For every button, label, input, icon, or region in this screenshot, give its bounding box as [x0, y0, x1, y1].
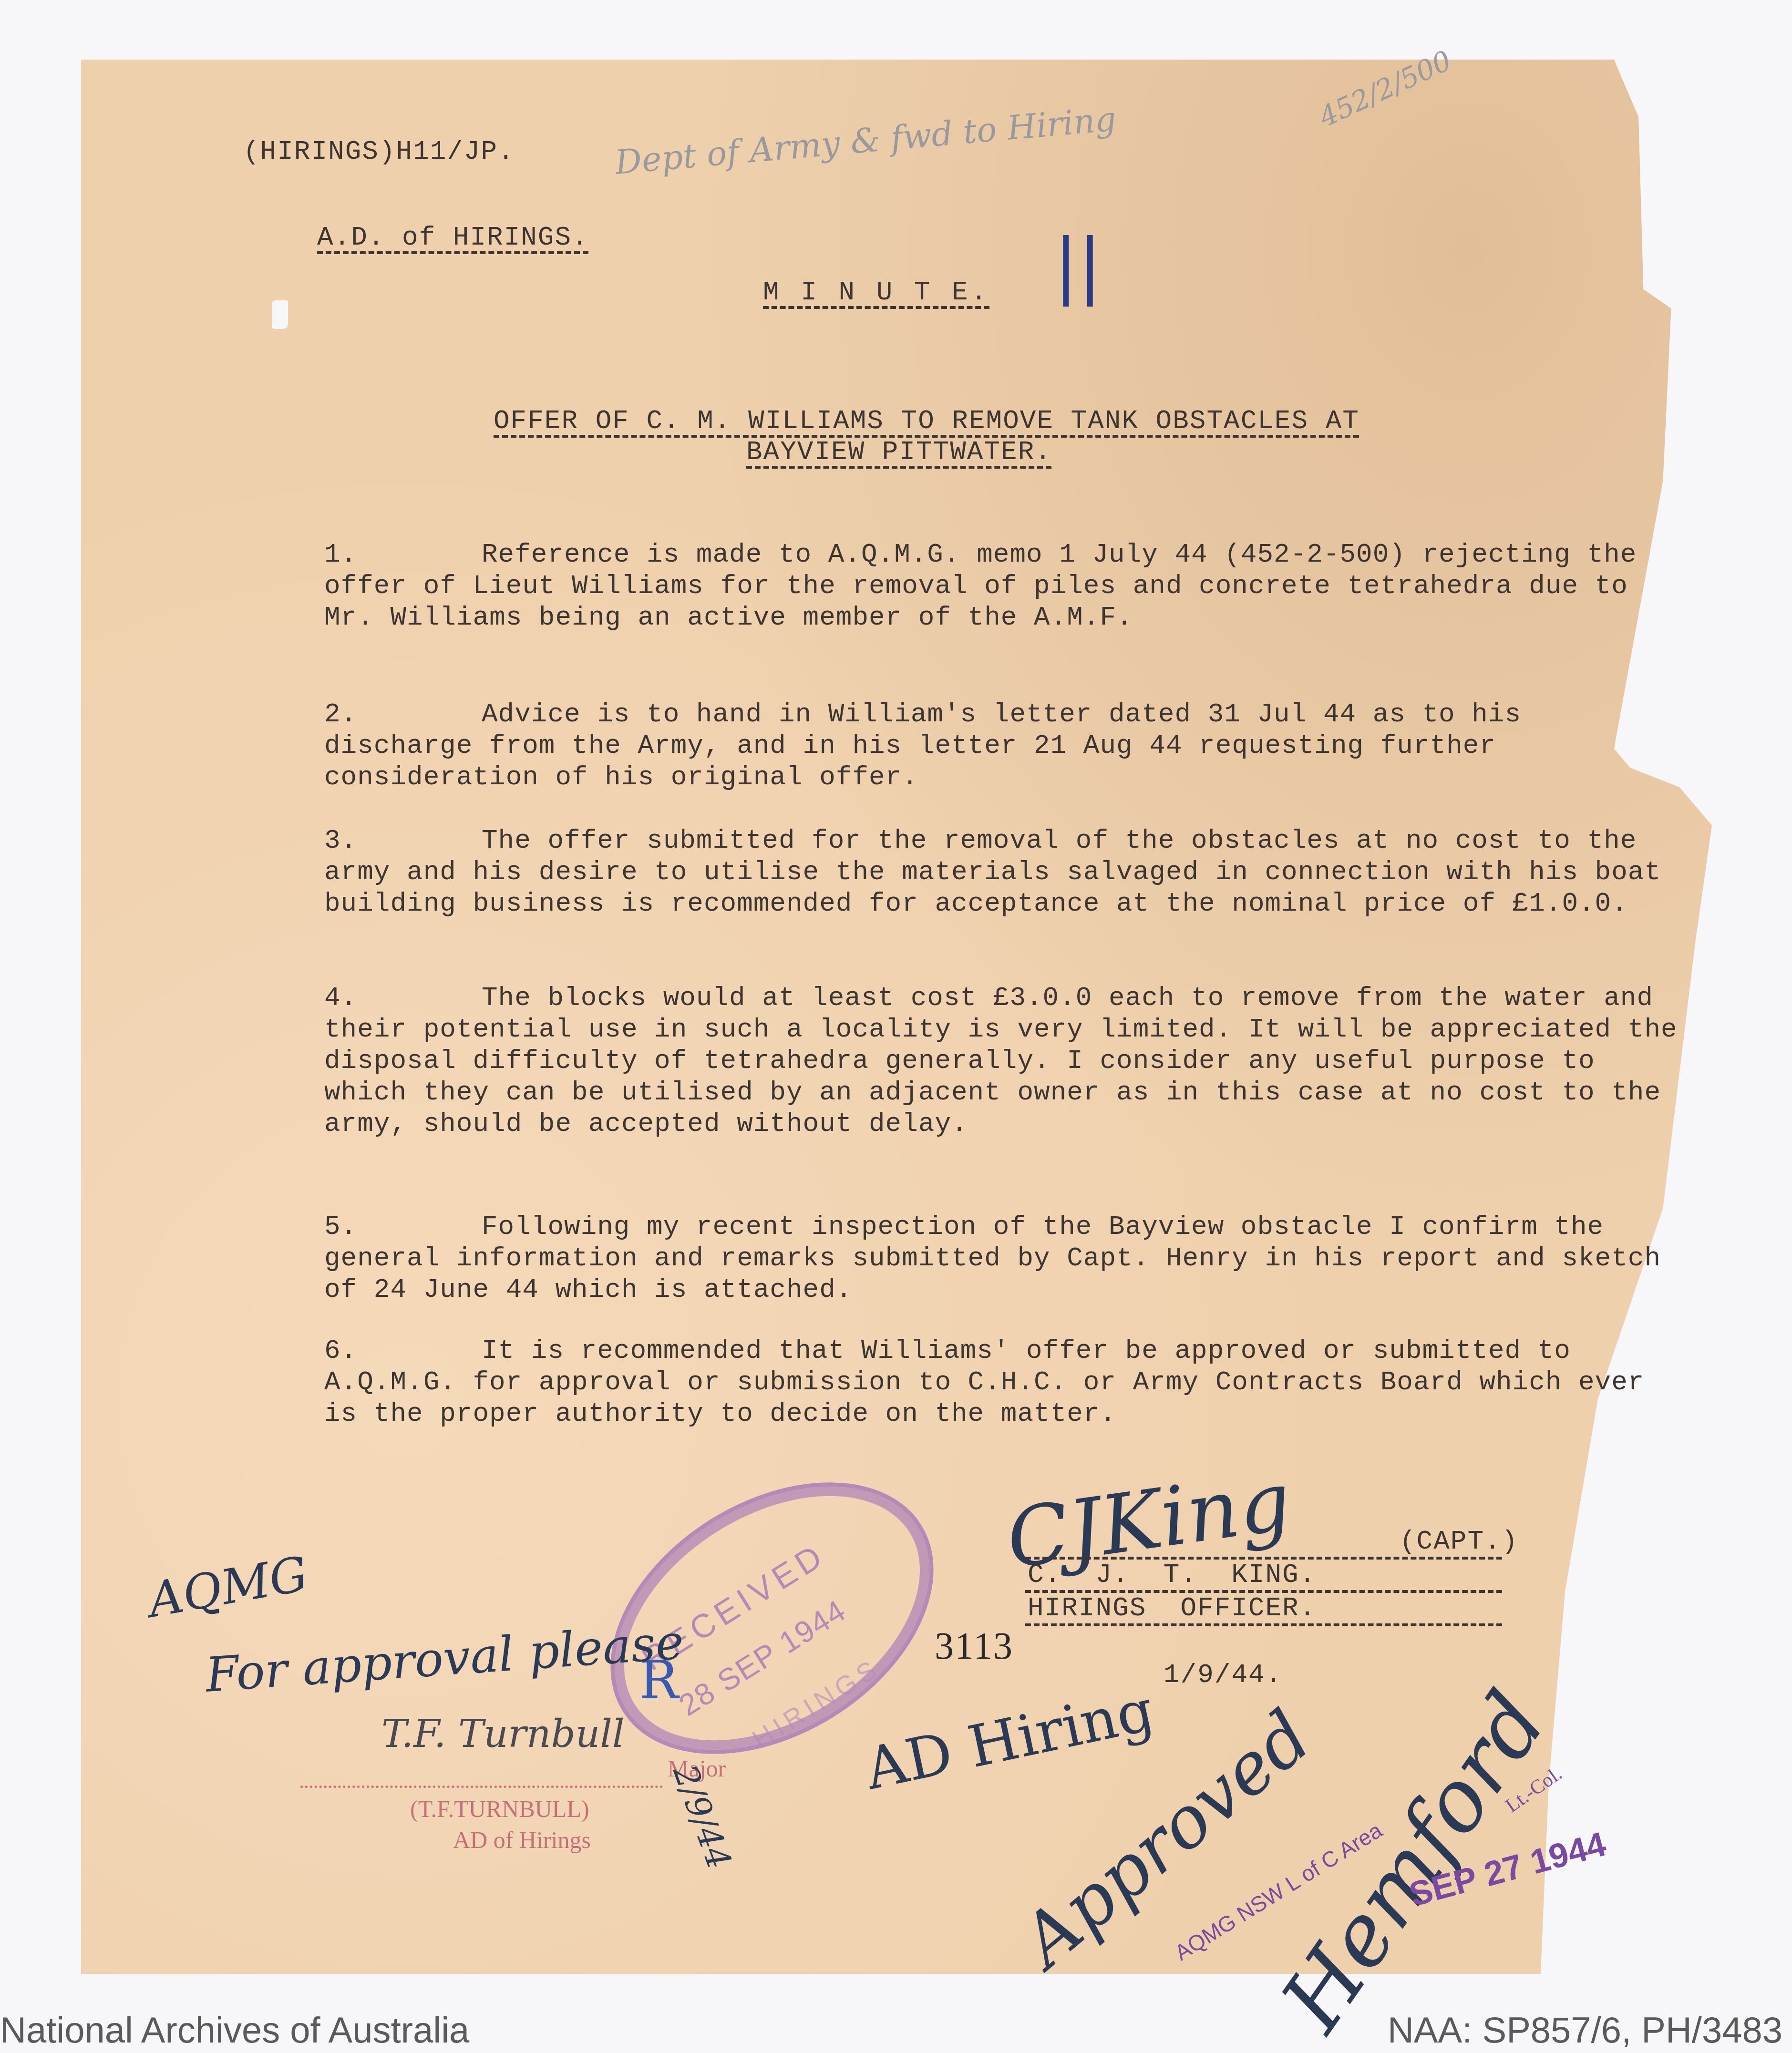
paragraph-number: 5.: [324, 1211, 482, 1242]
title-rule: [1025, 1623, 1502, 1626]
paragraph-2: 2.Advice is to hand in William's letter …: [324, 698, 1683, 793]
paragraph-number: 6.: [324, 1335, 482, 1366]
paragraph-5: 5.Following my recent inspection of the …: [324, 1211, 1683, 1305]
paragraph-1: 1.Reference is made to A.Q.M.G. memo 1 J…: [324, 539, 1683, 633]
turnbull-signature-rule: [300, 1786, 663, 1788]
paragraph-text: The blocks would at least cost £3.0.0 ea…: [324, 983, 1678, 1139]
archive-reference: NAA: SP857/6, PH/3483: [1388, 2010, 1782, 2051]
signatory-name: C. J. T. KING.: [1028, 1559, 1316, 1591]
paragraph-text: It is recommended that Williams' offer b…: [324, 1335, 1644, 1429]
paragraph-6: 6.It is recommended that Williams' offer…: [324, 1335, 1683, 1429]
paragraph-text: The offer submitted for the removal of t…: [324, 825, 1661, 919]
paragraph-number: 1.: [324, 539, 482, 570]
blue-tick-marks: ||: [1054, 224, 1102, 307]
paragraph-number: 4.: [324, 982, 482, 1014]
reference-number: (HIRINGS)H11/JP.: [243, 136, 515, 167]
addressee: A.D. of HIRINGS.: [317, 222, 589, 253]
paragraph-4: 4.The blocks would at least cost £3.0.0 …: [324, 982, 1683, 1139]
paragraph-text: Following my recent inspection of the Ba…: [324, 1211, 1661, 1305]
signatory-title: HIRINGS OFFICER.: [1028, 1592, 1316, 1624]
turnbull-title-stamp: AD of Hirings: [453, 1826, 591, 1854]
paragraph-number: 3.: [324, 825, 482, 856]
subject-line-2: BAYVIEW PITTWATER.: [746, 436, 1052, 468]
signature-rank: (CAPT.): [1400, 1526, 1518, 1557]
minute-heading: M I N U T E.: [763, 277, 989, 308]
punch-hole: [272, 300, 288, 329]
turnbull-name-stamp: (T.F.TURNBULL): [410, 1795, 589, 1823]
paragraph-text: Advice is to hand in William's letter da…: [324, 699, 1521, 792]
turnbull-signature: T.F. Turnbull: [381, 1712, 625, 1756]
archive-credit: National Archives of Australia: [0, 2010, 469, 2051]
paragraph-text: Reference is made to A.Q.M.G. memo 1 Jul…: [324, 539, 1637, 633]
document-date: 1/9/44.: [1164, 1659, 1282, 1691]
subject-line-1: OFFER OF C. M. WILLIAMS TO REMOVE TANK O…: [494, 405, 1359, 437]
paragraph-number: 2.: [324, 698, 482, 730]
paragraph-3: 3.The offer submitted for the removal of…: [324, 825, 1683, 919]
file-number: 3113: [935, 1631, 1013, 1662]
